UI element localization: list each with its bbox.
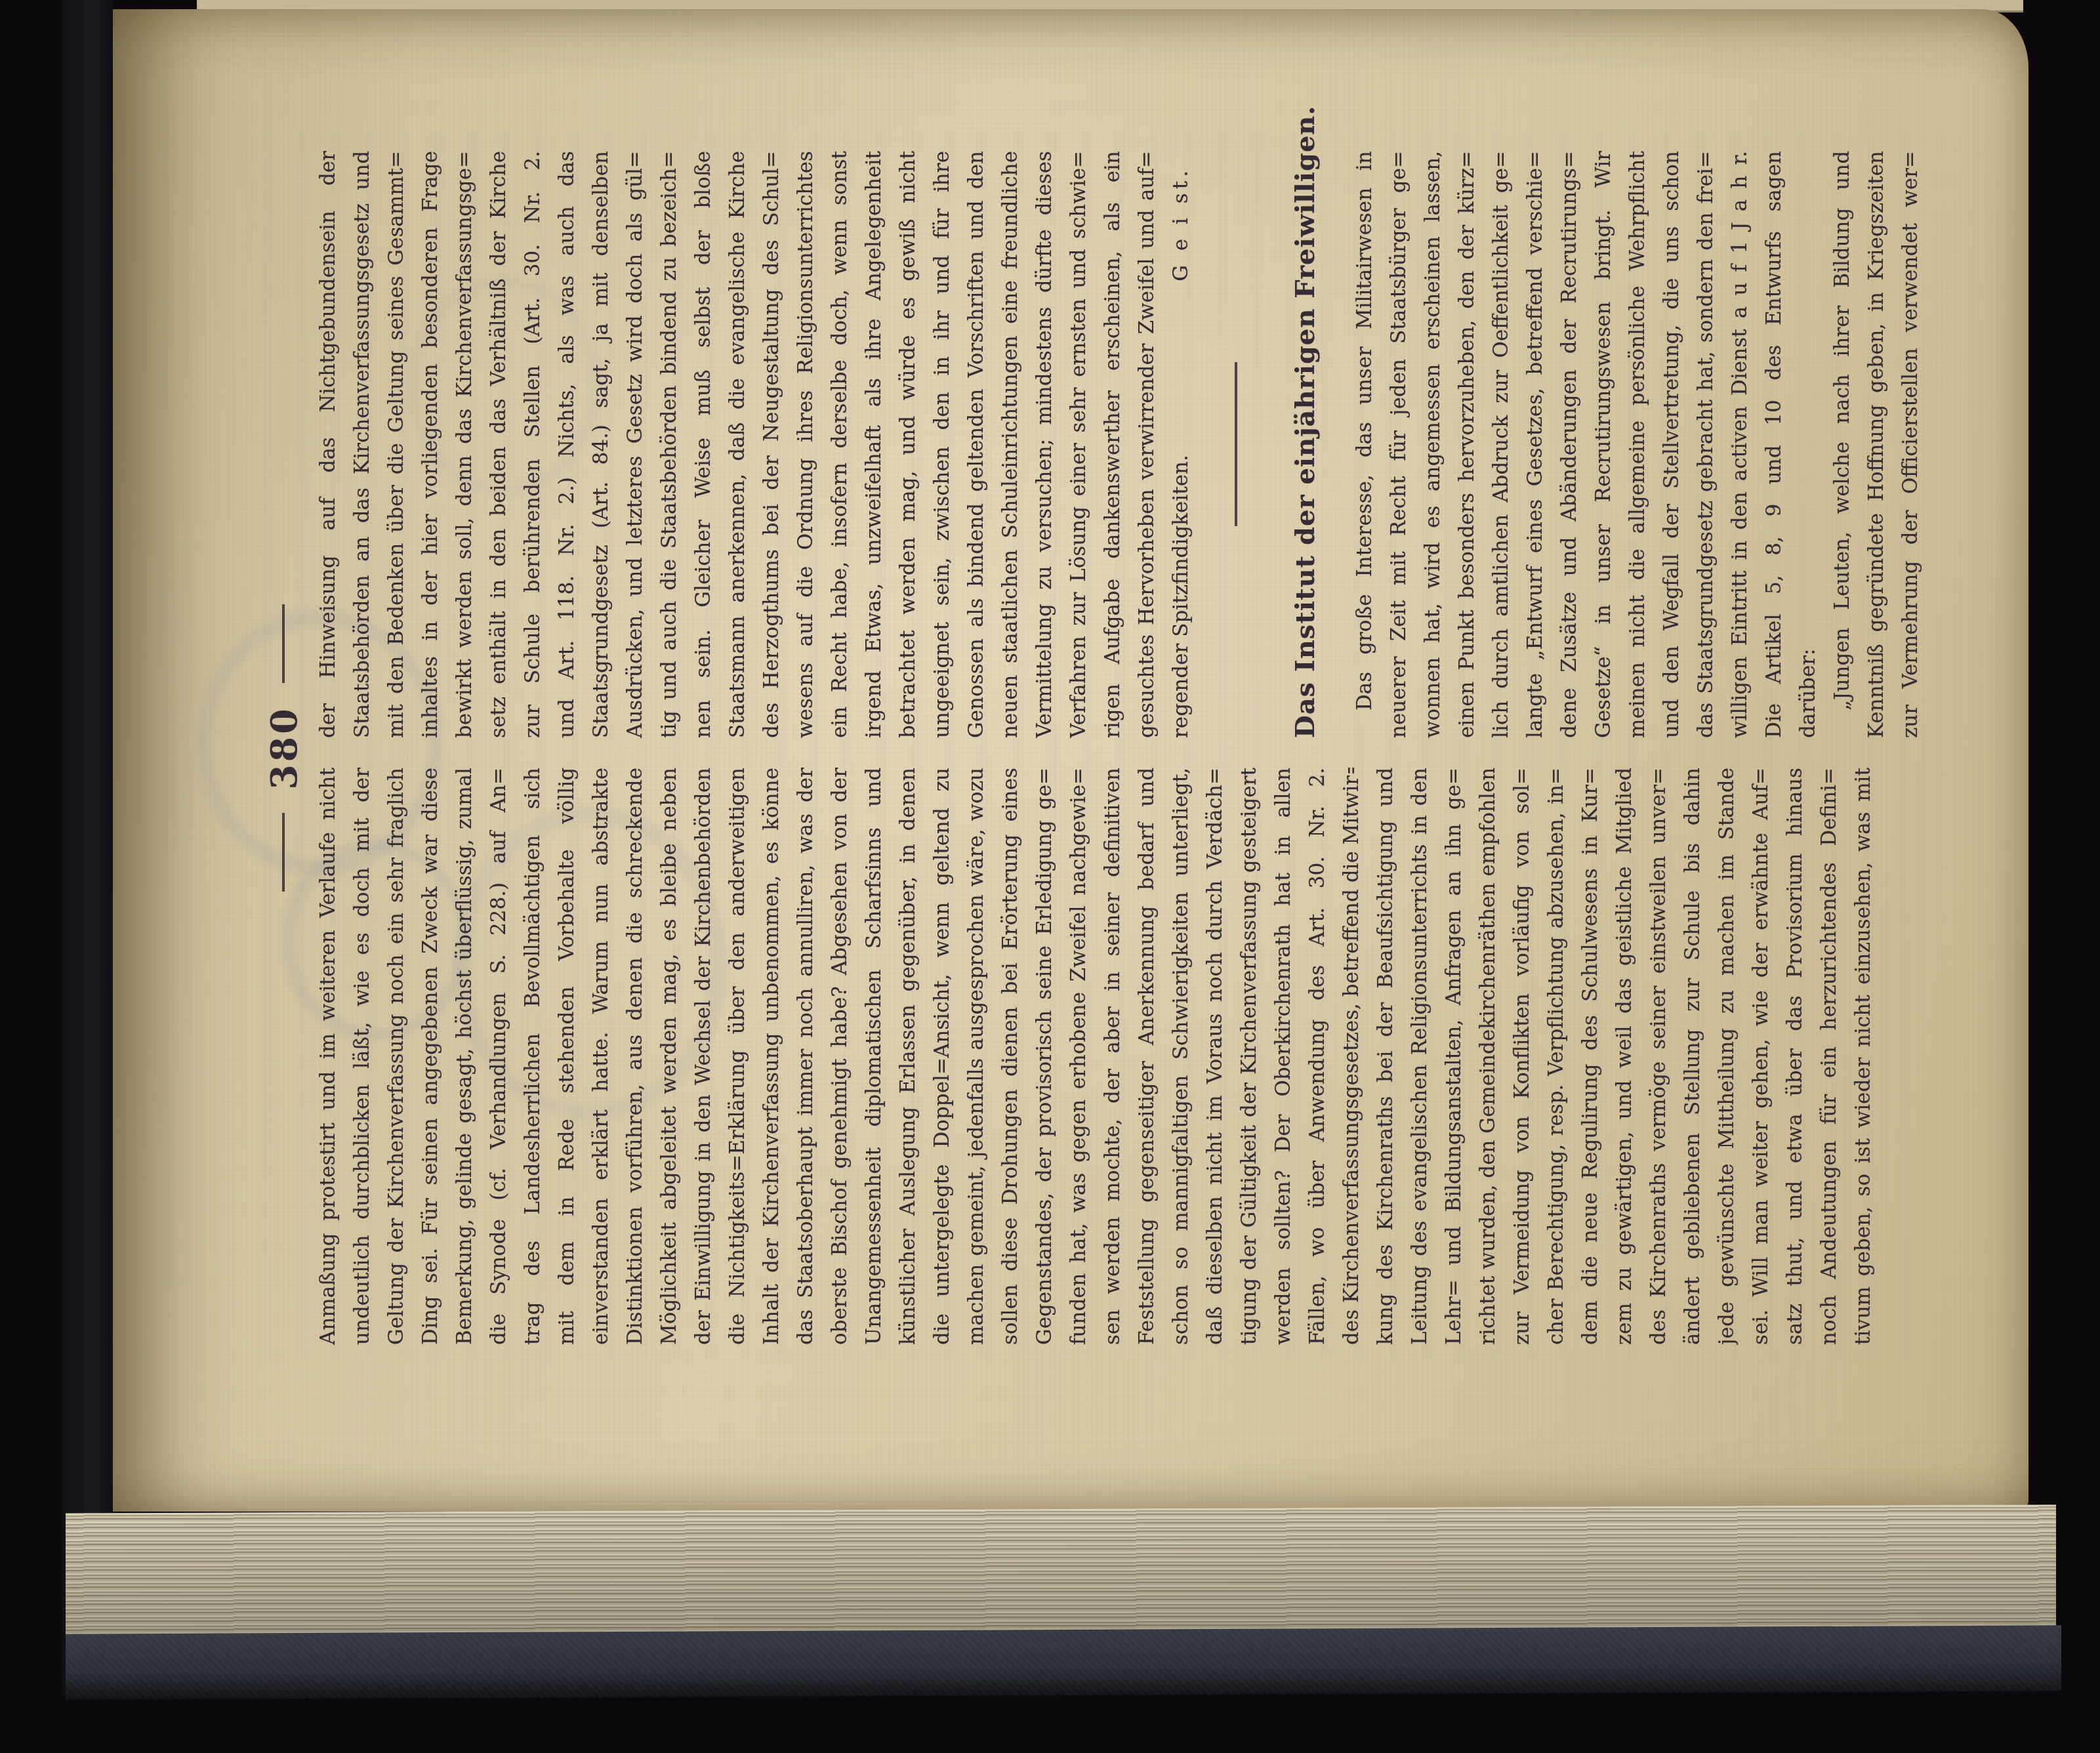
text-line: die Synode (cf. Verhandlungen S. 228.) a… [482,768,516,1345]
text-line: tig und auch die Staatsbehörden bindend … [652,151,686,738]
text-line: satz thut, und etwa über das Provisorium… [1778,768,1812,1345]
text-line: zur Vermeidung von Konflikten vorläufig … [1505,768,1539,1345]
text-line: Kenntniß gegründete Hoffnung geben, in K… [1859,151,1893,738]
text-line: Vermittelung zu versuchen; mindestens dü… [1027,151,1061,738]
text-column-right: der Hinweisung auf das Nichtgebundensein… [311,151,1927,738]
text-line: lich durch amtlichen Abdruck zur Oeffent… [1484,151,1518,738]
text-line: Ausdrücken, und letzteres Gesetz wird do… [618,151,652,738]
text-line: Distinktionen vorführen, aus denen die s… [618,768,652,1345]
signature-line-text: regender Spitzfindigkeiten. [1164,455,1198,738]
text-line: Inhalt der Kirchenverfassung unbenommen,… [754,768,789,1345]
page-stack-fore-edge [66,1504,2056,1635]
text-line: werden sollten? Der Oberkirchenrath hat … [1266,768,1300,1345]
text-line: inhaltes in der hier vorliegenden besond… [413,151,447,738]
text-line: Feststellung gegenseitiger Anerkennung b… [1130,768,1164,1345]
text-line: Leitung des evangelischen Religionsunter… [1403,768,1437,1345]
article-lines: Das große Interesse, das unser Militairw… [1348,151,1927,738]
shadow-fade [0,1680,2100,1753]
text-line: der Einwilligung in den Wechsel der Kirc… [686,768,720,1345]
text-line: die untergelegte Doppel=Ansicht, wenn ge… [925,768,959,1345]
book-cover-spine [62,0,113,1695]
text-line: Verfahren zur Lösung einer sehr ernsten … [1061,151,1096,738]
page-number: 380 [262,707,305,790]
text-line: neuen staatlichen Schuleinrichtungen ein… [993,151,1027,738]
bleed-through-left-edge [118,39,190,1286]
book-photograph-scene: 380 Anmaßung protestirt und im weiteren … [0,0,2100,1753]
text-line: zur Vermehrung der Officierstellen verwe… [1893,151,1927,738]
text-line: künstlicher Auslegung Erlassen gegenüber… [891,768,925,1345]
text-line: und Art. 118. Nr. 2.) Nichts, als was au… [550,151,584,738]
text-line: langte „Entwurf eines Gesetzes, betreffe… [1518,151,1552,738]
text-line: darüber: [1791,151,1825,738]
text-line: Unangemessenheit diplomatischen Scharfsi… [857,768,891,1345]
text-line: zur Schule berührenden Stellen (Art. 30.… [516,151,550,738]
text-line: gesuchtes Hervorheben verwirrender Zweif… [1130,151,1164,738]
text-line: richtet wurden, den Gemeindekirchenräthe… [1471,768,1505,1345]
text-line: Die Artikel 5, 8, 9 und 10 des Entwurfs … [1757,151,1791,738]
text-column-left: Anmaßung protestirt und im weiteren Verl… [311,768,1880,1345]
article-heading: Das Institut der einjährigen Freiwillige… [1279,151,1332,738]
text-line: einverstanden erklärt hatte. Warum nun a… [584,768,618,1345]
text-line: die Nichtigkeits=Erklärung über den ande… [720,768,754,1345]
text-line: meinen nicht die allgemeine persönliche … [1620,151,1655,738]
text-line: betrachtet werden mag, und würde es gewi… [891,151,925,738]
text-line: sollen diese Drohungen dienen bei Erörte… [993,768,1027,1345]
section-separator-rule [1235,363,1237,527]
text-line: Das große Interesse, das unser Militairw… [1348,151,1382,738]
text-line: neuerer Zeit mit Recht für jeden Staatsb… [1382,151,1416,738]
author-signature: G e i st. [1164,151,1198,281]
text-line: Anmaßung protestirt und im weiteren Verl… [311,768,345,1345]
text-line: daß dieselben nicht im Voraus noch durch… [1198,768,1232,1345]
text-line: nen sein. Gleicher Weise muß selbst der … [686,151,720,738]
text-line: des Kirchenraths vermöge seiner einstwei… [1641,768,1676,1345]
text-line: tivum geben, so ist wieder nicht einzuse… [1846,768,1880,1345]
text-line: Staatsmann anerkennen, daß die evangelis… [720,151,754,738]
text-line: Bemerkung, gelinde gesagt, höchst überfl… [447,768,482,1345]
text-line: machen gemeint, jedenfalls ausgesprochen… [959,768,993,1345]
header-dash-left [282,813,285,892]
signature-line: regender Spitzfindigkeiten. G e i st. [1164,151,1198,738]
article-end-lines: der Hinweisung auf das Nichtgebundensein… [311,151,1164,738]
text-line: rigen Aufgabe dankenswerther erscheinen,… [1096,151,1130,738]
text-line: der Hinweisung auf das Nichtgebundensein… [311,151,345,738]
heading-space [1332,151,1348,738]
text-line: des Kirchenverfassungsgesetzes, betreffe… [1334,768,1369,1345]
text-line: „Jungen Leuten, welche nach ihrer Bildun… [1825,151,1859,738]
text-line: Gegenstandes, der provisorisch seine Erl… [1027,768,1061,1345]
text-line: jede gewünschte Mittheilung zu machen im… [1710,768,1744,1345]
text-line: des Herzogthums bei der Neugestaltung de… [754,151,789,738]
header-dash-right [282,604,285,683]
text-line: Fällen, wo über Anwendung des Art. 30. N… [1300,768,1334,1345]
separator-space [1198,151,1235,738]
text-line: das Staatsgrundgesetz gebracht hat, sond… [1689,151,1723,738]
text-line: undeutlich durchblicken läßt, wie es doc… [345,768,379,1345]
text-line: das Staatsoberhaupt immer noch annullire… [789,768,823,1345]
page-header: 380 [258,151,308,1345]
text-line: schon so mannigfaltigen Schwierigkeiten … [1164,768,1198,1345]
text-line: wesens auf die Ordnung ihres Religionsun… [789,151,823,738]
text-line: sen werden mochte, der aber in seiner de… [1096,768,1130,1345]
text-line: ein Recht habe, insofern derselbe doch, … [823,151,857,738]
text-line: noch Andeutungen für ein herzurichtendes… [1812,768,1846,1345]
text-line: wonnen hat, wird es angemessen erscheine… [1416,151,1450,738]
text-line: ungeeignet sein, zwischen den in ihr und… [925,151,959,738]
separator-space [1237,151,1279,738]
text-line: oberste Bischof genehmigt habe? Abgesehe… [823,768,857,1345]
text-line: mit dem in Rede stehenden Vorbehalte völ… [550,768,584,1345]
text-line: trag des Landesherrlichen Bevollmächtige… [516,768,550,1345]
text-line: Genossen als bindend geltenden Vorschrif… [959,151,993,738]
text-line: Lehr= und Bildungsanstalten, Anfragen an… [1437,768,1471,1345]
text-line: einen Punkt besonders hervorzuheben, den… [1450,151,1484,738]
text-line: irgend Etwas, unzweifelhaft als ihre Ang… [857,151,891,738]
text-line: Staatsgrundgesetz (Art. 84.) sagt, ja mi… [584,151,618,738]
rotated-page-content: 380 Anmaßung protestirt und im weiteren … [256,151,1935,1345]
text-line: tigung der Gültigkeit der Kirchenverfass… [1232,768,1266,1345]
text-line: willigen Eintritt in den activen Dienst … [1723,151,1757,738]
text-line: ändert gebliebenen Stellung zur Schule b… [1676,768,1710,1345]
text-line: Ding sei. Für seinen angegebenen Zweck w… [413,768,447,1345]
text-line: kung des Kirchenraths bei der Beaufsicht… [1369,768,1403,1345]
text-line: sei. Will man weiter gehen, wie der erwä… [1744,768,1778,1345]
text-line: cher Berechtigung, resp. Verpflichtung a… [1539,768,1573,1345]
text-line: funden hat, was gegen erhobene Zweifel n… [1061,768,1096,1345]
text-line: dene Zusätze und Abänderungen der Recrut… [1552,151,1586,738]
text-line: bewirkt werden soll, denn das Kirchenver… [447,151,482,738]
text-line: zem zu gewärtigen, und weil das geistlic… [1607,768,1641,1345]
text-line: Geltung der Kirchenverfassung noch ein s… [379,768,413,1345]
text-line: und den Wegfall der Stellvertretung, die… [1655,151,1689,738]
text-line: Gesetze“ in unser Recrutirungswesen brin… [1586,151,1620,738]
text-line: dem die neue Regulirung des Schulwesens … [1573,768,1607,1345]
text-line: Staatsbehörden an das Kirchenverfassungs… [345,151,379,738]
text-line: mit den Bedenken über die Geltung seines… [379,151,413,738]
text-line: Möglichkeit abgeleitet werden mag, es bl… [652,768,686,1345]
text-line: setz enthält in den beiden das Verhältni… [482,151,516,738]
